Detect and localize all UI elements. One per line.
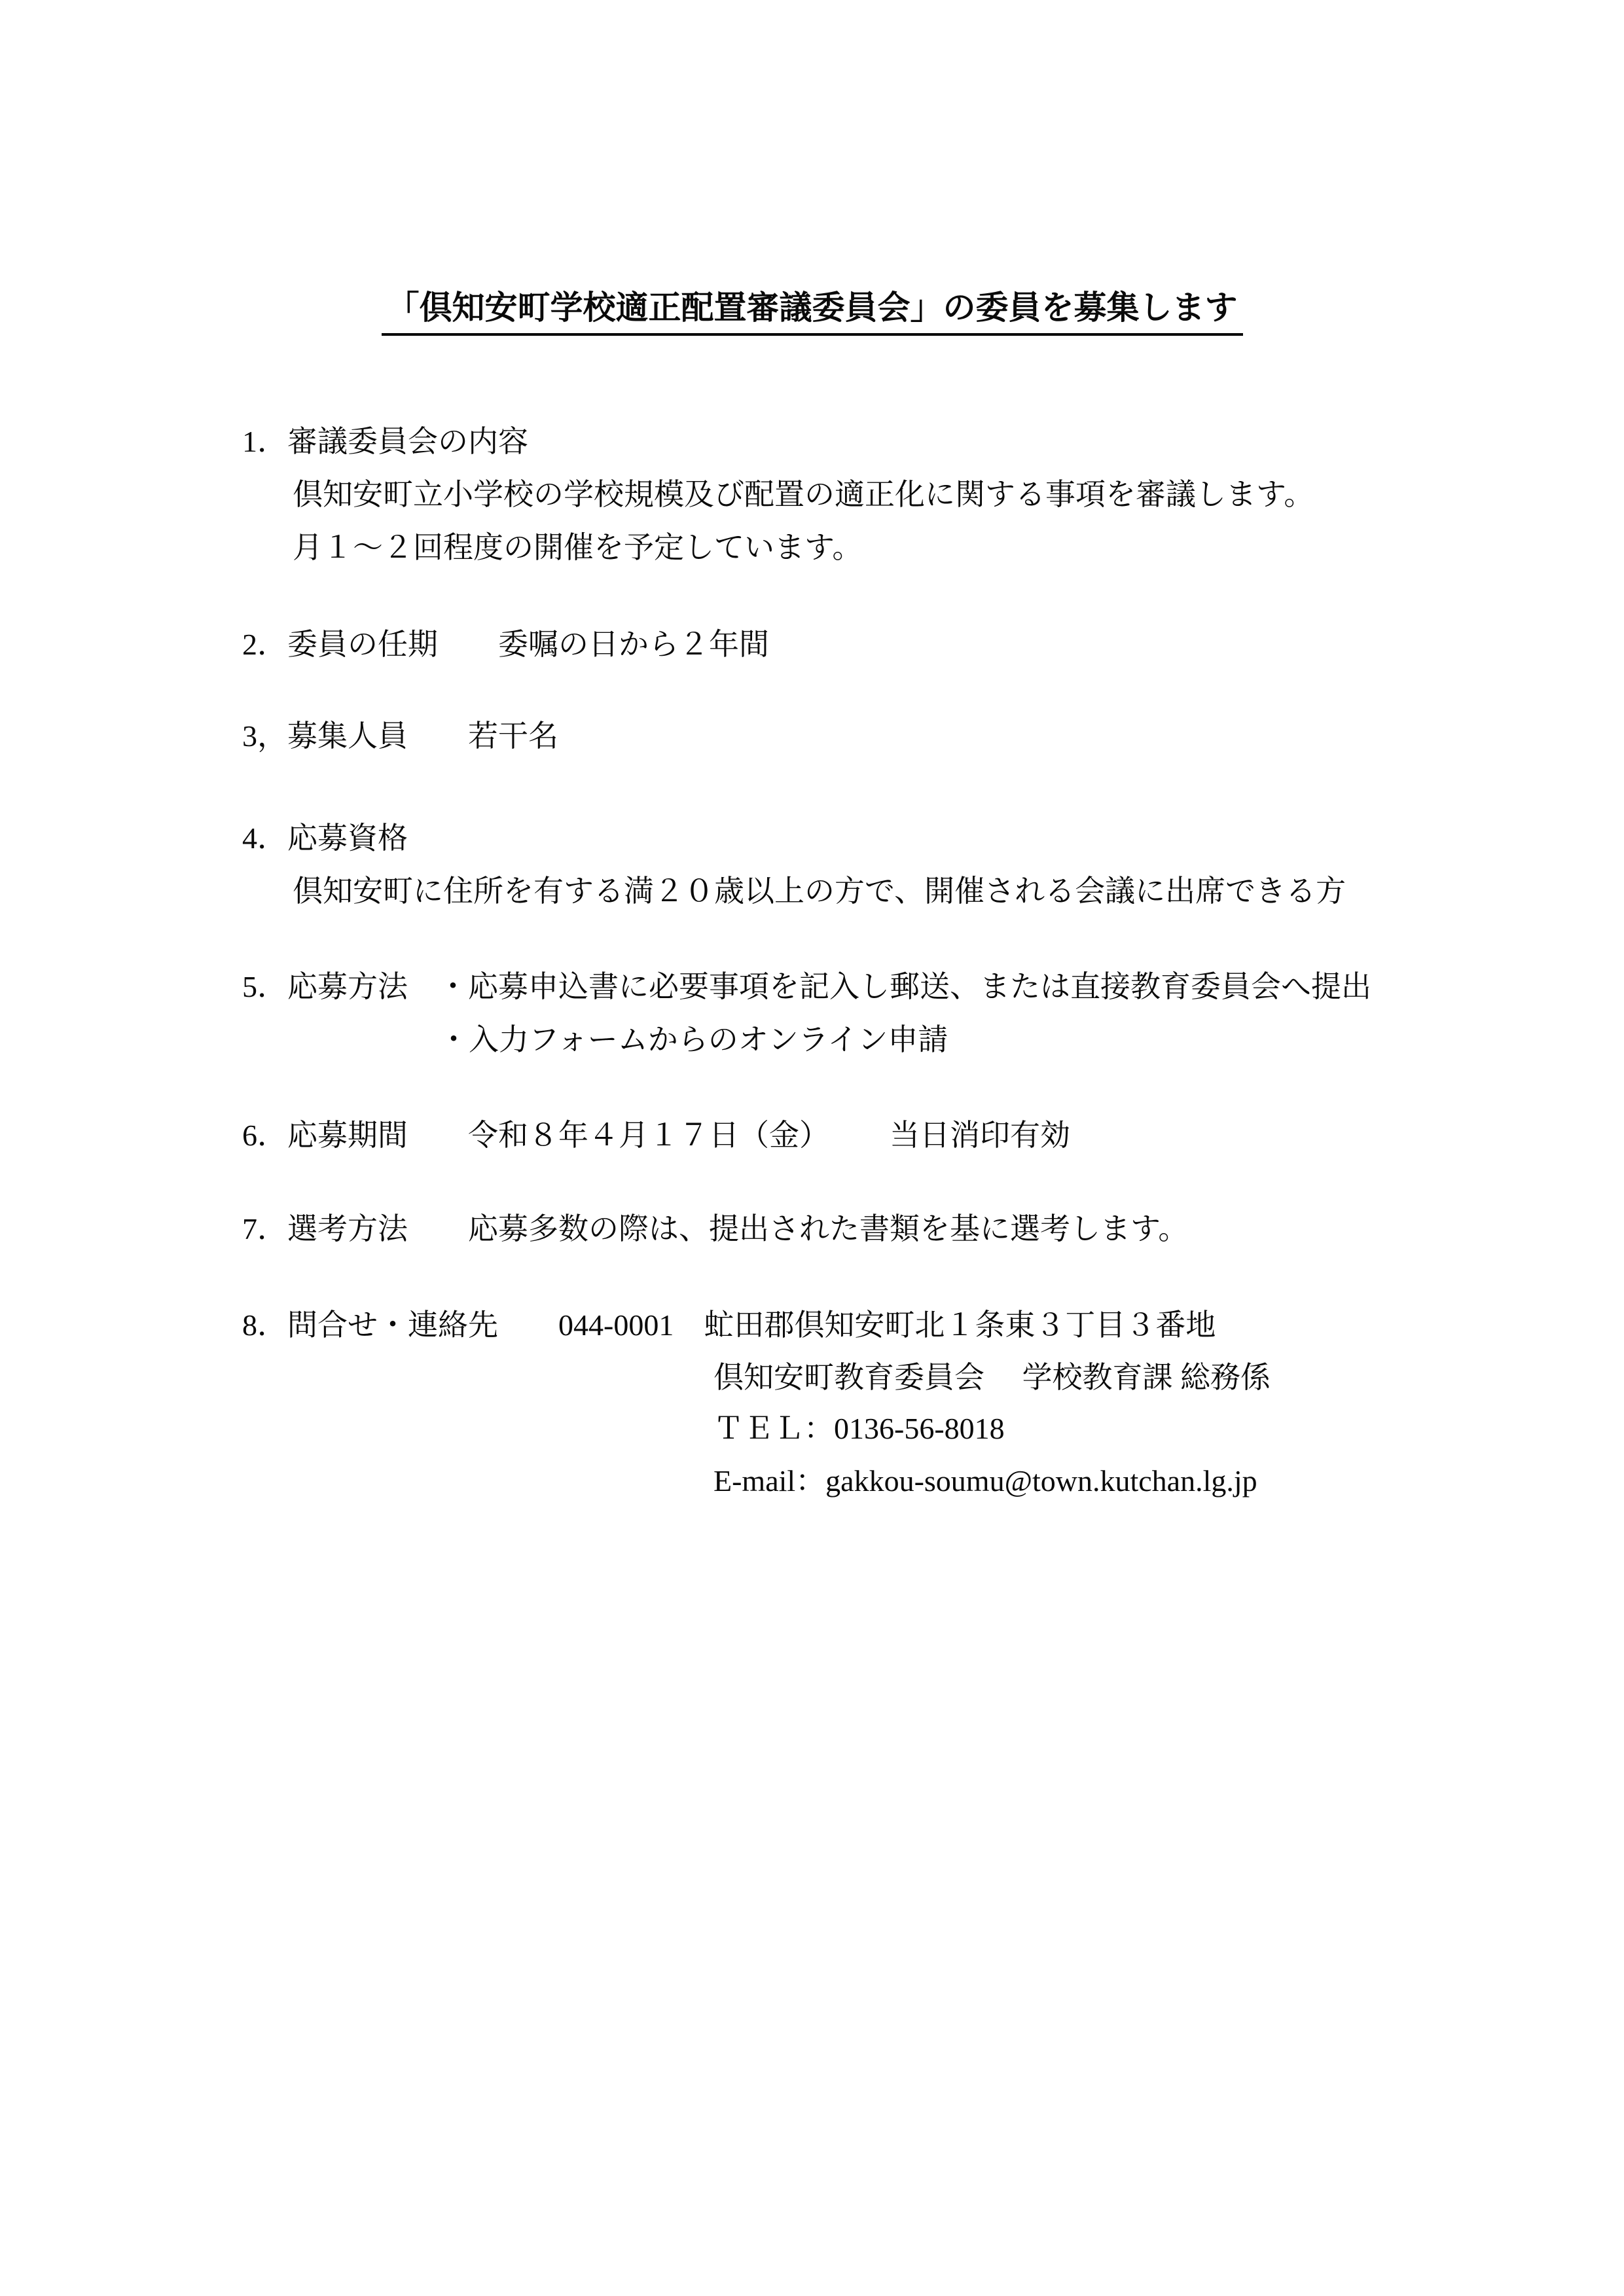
item-5-bullet-line-2: ・入力フォームからのオンライン申請	[439, 1021, 948, 1059]
item-8-number: 8．	[242, 1308, 287, 1342]
item-7-value: 応募多数の際は、提出された書類を基に選考します。	[468, 1212, 1188, 1246]
item-3-number: 3，	[242, 719, 287, 753]
item-8-contact-tel: ＴＥＬ：0136-56-8018	[713, 1412, 1005, 1445]
item-8-address: 虻田郡倶知安町北１条東３丁目３番地	[704, 1308, 1216, 1342]
item-3-value: 若干名	[468, 719, 558, 753]
item-2-value: 委嘱の日から２年間	[498, 628, 769, 661]
item-1-body-line-2: 月１～２回程度の開催を予定しています。	[293, 529, 862, 567]
item-8-contact-tel-line: ＴＥＬ：0136-56-8018	[713, 1410, 1005, 1448]
item-6-value: 令和８年４月１７日（金）	[468, 1119, 829, 1152]
item-3-line: 3，募集人員若干名	[242, 717, 558, 755]
item-6-note: 当日消印有効	[890, 1119, 1070, 1152]
item-6-heading: 応募期間	[287, 1119, 408, 1152]
item-6-number: 6．	[242, 1119, 287, 1152]
item-3-heading: 募集人員	[287, 719, 408, 753]
item-6-line: 6．応募期間令和８年４月１７日（金）当日消印有効	[242, 1117, 1070, 1155]
item-8-contact-email-line: E-mail：gakkou-soumu@town.kutchan.lg.jp	[713, 1462, 1257, 1500]
item-8-contact-email: E-mail：gakkou-soumu@town.kutchan.lg.jp	[713, 1464, 1257, 1498]
item-4-body-text: 倶知安町に住所を有する満２０歳以上の方で、開催される会議に出席できる方	[293, 874, 1346, 908]
item-1-body-line-1: 倶知安町立小学校の学校規模及び配置の適正化に関する事項を審議します。	[293, 476, 1314, 514]
item-1-heading: 審議委員会の内容	[287, 425, 528, 458]
item-1-body-text-1: 倶知安町立小学校の学校規模及び配置の適正化に関する事項を審議します。	[293, 478, 1314, 511]
item-4-heading: 応募資格	[287, 821, 408, 855]
item-1-body-text-2: 月１～２回程度の開催を予定しています。	[293, 531, 862, 564]
document-page: 「倶知安町学校適正配置審議委員会」の委員を募集します 1．審議委員会の内容 倶知…	[0, 0, 1624, 2296]
document-title: 「倶知安町学校適正配置審議委員会」の委員を募集します	[382, 287, 1243, 336]
item-8-contact-org: 倶知安町教育委員会 学校教育課 総務係	[713, 1361, 1271, 1394]
item-8-heading-line: 8．問合せ・連絡先044-0001虻田郡倶知安町北１条東３丁目３番地	[242, 1306, 1216, 1344]
item-4-body-line: 倶知安町に住所を有する満２０歳以上の方で、開催される会議に出席できる方	[293, 872, 1346, 910]
item-8-contact-org-line: 倶知安町教育委員会 学校教育課 総務係	[713, 1359, 1271, 1397]
item-2-heading: 委員の任期	[287, 628, 438, 661]
item-5-bullet-2: ・入力フォームからのオンライン申請	[439, 1023, 948, 1056]
item-7-heading: 選考方法	[287, 1212, 408, 1246]
item-5-bullet-1: ・応募申込書に必要事項を記入し郵送、または直接教育委員会へ提出	[438, 970, 1371, 1003]
item-1-number: 1．	[242, 425, 287, 458]
item-7-line: 7．選考方法応募多数の際は、提出された書類を基に選考します。	[242, 1210, 1188, 1248]
item-8-heading: 問合せ・連絡先	[287, 1308, 498, 1342]
item-5-number: 5．	[242, 970, 287, 1003]
item-5-heading: 応募方法	[287, 970, 408, 1003]
document-title-row: 「倶知安町学校適正配置審議委員会」の委員を募集します	[0, 287, 1624, 336]
item-7-number: 7．	[242, 1212, 287, 1246]
item-2-number: 2．	[242, 628, 287, 661]
item-1-heading-line: 1．審議委員会の内容	[242, 423, 528, 461]
item-4-heading-line: 4．応募資格	[242, 819, 408, 857]
item-2-line: 2．委員の任期委嘱の日から２年間	[242, 626, 769, 664]
item-5-heading-line: 5．応募方法・応募申込書に必要事項を記入し郵送、または直接教育委員会へ提出	[242, 968, 1371, 1006]
item-8-postal-code: 044-0001	[558, 1308, 674, 1342]
item-4-number: 4．	[242, 821, 287, 855]
